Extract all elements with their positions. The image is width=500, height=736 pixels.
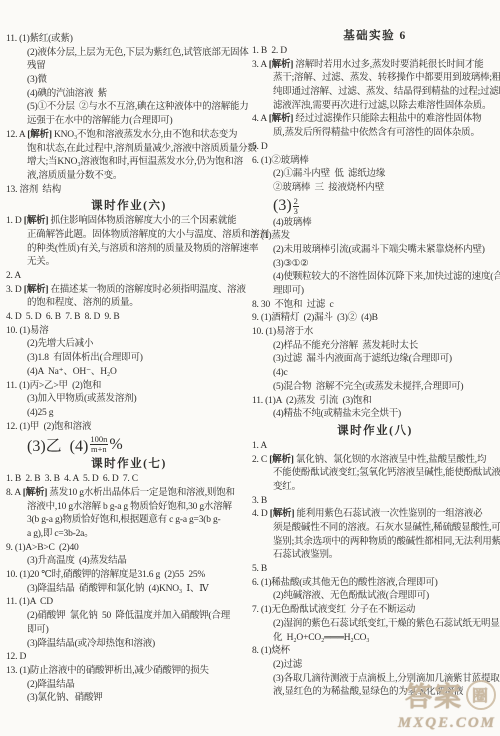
answer-line: (2)湿润的紫色石蕊试纸变红,干燥的紫色石蕊试纸无明显变 (252, 618, 498, 632)
answer-line: (2)①漏斗内壁 低 滤纸边缘 (252, 168, 498, 182)
watermark-site: MXQE.COM (398, 715, 496, 732)
answer-line: (3)加入甲物质(或蒸发溶剂) (6, 393, 252, 407)
left-column: 11. (1)紫红(或紫)(2)液体分层,上层为无色,下层为紫红色,试管底部无固… (6, 0, 252, 706)
answer-line: (3)过滤 漏斗内液面高于滤纸边缘(合理即可) (252, 353, 498, 367)
answer-line: 12. (1)甲 (2)饱和溶液 (6, 421, 252, 435)
answer-line: (2)降温结晶 (6, 679, 252, 693)
answer-line: 理即可) (252, 285, 498, 299)
answer-line: 石蕊试液鉴别。 (252, 549, 498, 563)
section-header: 基础实验 6 (252, 27, 498, 45)
answer-line: 残留 (6, 60, 252, 74)
answer-line: 1. A (252, 440, 498, 454)
answer-line: 饱和状态,在此过程中,溶剂质量减少,溶液中溶质质量分数 (6, 143, 252, 157)
answer-line: 8. 30 不饱和 过滤 c (252, 299, 498, 313)
watermark-brand-text: 答案 (405, 675, 463, 714)
answer-line: 变红。 (252, 481, 498, 495)
answer-line: a g),即 c=3b-2a。 (6, 528, 252, 542)
right-column: 基础实验 61. B 2. D3. A [解析] 溶解时若用水过多,蒸发时要消耗… (252, 0, 498, 700)
answer-line: 不能使酚酞试液变红;氢氧化钙溶液呈碱性,能使酚酞试液 (252, 467, 498, 481)
answer-line: 7. (1)无色酚酞试液变红 分子在不断运动 (252, 604, 498, 618)
answer-line: 纯即通过溶解、过滤、蒸发、结晶得到精盐的过程;过滤时,若 (252, 86, 498, 100)
answer-line: 7. (1)蒸发 (252, 230, 498, 244)
answer-line: 蒸干;溶解、过滤、蒸发、转移操作中都要用到玻璃棒;粗盐提 (252, 72, 498, 86)
answer-line: 13. (1)防止溶液中的硝酸钾析出,减少硝酸钾的损失 (6, 665, 252, 679)
answer-line: 9. (1)A>B>C (2)40 (6, 542, 252, 556)
answer-line: 6. (1)②玻璃棒 (252, 155, 498, 169)
answer-line: 1. D [解析] 抓住影响固体物质溶解度大小的三个因素就能 (6, 215, 252, 229)
answer-line: 9. (1)酒精灯 (2)漏斗 (3)② (4)B (252, 312, 498, 326)
section-header: 课时作业(八) (252, 422, 498, 440)
answer-line: 化 H₂O+CO₂═══H₂CO₃ (252, 632, 498, 646)
answer-line: 8. (1)烧杯 (252, 645, 498, 659)
answer-line: (2)先增大后减小 (6, 338, 252, 352)
watermark: 答案圈 MXQE.COM (398, 675, 496, 732)
answer-line: 6. (1)稀盐酸(或其他无色的酸性溶液,合理即可) (252, 577, 498, 591)
answer-line: 液,溶质质量分数不变。 (6, 170, 252, 184)
answer-line: 10. (1)易溶于水 (252, 326, 498, 340)
answer-line: 的饱和程度、溶剂的质量。 (6, 297, 252, 311)
answer-line: 12. A [解析] KNO₃不饱和溶液蒸发水分,由不饱和状态变为 (6, 129, 252, 143)
answer-line: 1. B 2. B 3. B 4. A 5. D 6. D 7. C (6, 473, 252, 487)
answer-line: 3(b g-a g)物质恰好饱和,根据题意有 c g-a g=3(b g- (6, 514, 252, 528)
watermark-logo-icon: 圈 (466, 680, 496, 710)
answer-line: (3)③①② (252, 258, 498, 272)
answer-line: 11. (1)A CD (6, 596, 252, 610)
answer-line-fraction: (3)23 (252, 196, 498, 217)
section-header: 课时作业(七) (6, 455, 252, 473)
answer-line: 12. D (6, 651, 252, 665)
answer-line: 增大;当KNO₃溶液饱和时,再恒温蒸发水分,仍为饱和溶 (6, 156, 252, 170)
answer-line: ②玻璃棒 三 接液烧杯内壁 (252, 182, 498, 196)
answer-line: 即可) (6, 624, 252, 638)
answer-line: (4)玻璃棒 (252, 217, 498, 231)
answer-line: 3. D [解析] 在描述某一物质的溶解度时必须指明温度、溶液 (6, 284, 252, 298)
answer-line: 1. B 2. D (252, 45, 498, 59)
answer-line: 3. B (252, 495, 498, 509)
answer-line: 11. (1)丙>乙>甲 (2)饱和 (6, 380, 252, 394)
answer-line: 4. D [解析] 能利用紫色石蕊试液一次性鉴别的一组溶液必 (252, 508, 498, 522)
fraction: 100nm+n (89, 435, 108, 454)
fraction: 23 (293, 197, 299, 216)
answer-line: (4)c (252, 367, 498, 381)
answer-line: (5)混合物 溶解不完全(或蒸发未搅拌,合理即可) (252, 381, 498, 395)
answer-line: 滤液浑浊,需要再次进行过滤,以除去难溶性固体杂质。 (252, 100, 498, 114)
answer-line: 5. B (252, 563, 498, 577)
answer-book-page: 11. (1)紫红(或紫)(2)液体分层,上层为无色,下层为紫红色,试管底部无固… (0, 0, 500, 736)
answer-line: (2)液体分层,上层为无色,下层为紫红色,试管底部无固体 (6, 47, 252, 61)
answer-line: (3)降温结晶(或冷却热饱和溶液) (6, 638, 252, 652)
answer-line: (2)未用玻璃棒引流(或漏斗下端尖嘴未紧靠烧杯内壁) (252, 244, 498, 258)
answer-line: 3. A [解析] 溶解时若用水过多,蒸发时要消耗很长时间才能 (252, 59, 498, 73)
answer-line: 质,蒸发后所得精盐中依然含有可溶性的固体杂质。 (252, 127, 498, 141)
answer-line: (3)微 (6, 74, 252, 88)
section-header: 课时作业(六) (6, 197, 252, 215)
answer-line: (4)25 g (6, 407, 252, 421)
answer-line: 10. (1)20 ℃时,硝酸钾的溶解度是31.6 g (2)55 25% (6, 569, 252, 583)
answer-line: 2. A (6, 270, 252, 284)
answer-line: (3)降温结晶 硝酸钾和氯化钠 (4)KNO₃ Ⅰ、Ⅳ (6, 583, 252, 597)
answer-line: 5. D (252, 141, 498, 155)
answer-line: 11. (1)紫红(或紫) (6, 33, 252, 47)
answer-line: 13. 溶剂 结构 (6, 184, 252, 198)
answer-line: (2)纯碱溶液、无色酚酞试液(合理即可) (252, 590, 498, 604)
answer-line: 8. A [解析] 蒸发10 g水析出晶体后一定是饱和溶液,则饱和 (6, 487, 252, 501)
answer-line: 鉴别;其余选项中的两种物质的酸碱性都相同,无法利用紫色 (252, 536, 498, 550)
answer-line: (2)样品不能充分溶解 蒸发耗时太长 (252, 340, 498, 354)
answer-line: (4)碘的汽油溶液 紫 (6, 88, 252, 102)
answer-line: 远强于在水中的溶解能力(合理即可) (6, 115, 252, 129)
answer-line: (2)硝酸钾 氯化钠 50 降低温度并加入硝酸钾(合理 (6, 610, 252, 624)
answer-line: 4. A [解析] 经过过滤操作只能除去粗盐中的难溶性固体物 (252, 113, 498, 127)
answer-line: (3)1.8 有固体析出(合理即可) (6, 352, 252, 366)
answer-line: 无关。 (6, 256, 252, 270)
answer-line: 溶液中,10 g水溶解 b g-a g 物质恰好饱和,30 g水溶解 (6, 501, 252, 515)
answer-line: (5)①不分层 ②与水不互溶,碘在这种液体中的溶解能力 (6, 101, 252, 115)
answer-line: 的种类(性质)有关,与溶质和溶剂的质量及物质的溶解速率 (6, 243, 252, 257)
answer-line: 10. (1)易溶 (6, 325, 252, 339)
answer-line: (2)过滤 (252, 659, 498, 673)
answer-line: (4)使颗粒较大的不溶性固体沉降下来,加快过滤的速度(合 (252, 271, 498, 285)
answer-line: (4)精盐不纯(或精盐未完全烘干) (252, 408, 498, 422)
answer-line: (4)A Na⁺、OH⁻、H₂O (6, 366, 252, 380)
watermark-brand: 答案圈 (398, 675, 496, 714)
answer-line-fraction: (3)乙 (4)100nm+n% (6, 434, 252, 455)
answer-line: (3)氯化钠、硝酸钾 (6, 692, 252, 706)
answer-line: 须是酸碱性不同的溶液。石灰水显碱性,稀硫酸显酸性,可以 (252, 522, 498, 536)
answer-line: 4. D 5. D 6. B 7. B 8. D 9. B (6, 311, 252, 325)
answer-line: (3)升高温度 (4)蒸发结晶 (6, 555, 252, 569)
answer-line: 2. C [解析] 氯化钠、氯化钡的水溶液呈中性,盐酸呈酸性,均 (252, 454, 498, 468)
answer-line: 正确解答此题。固体物质溶解度的大小与温度、溶质和溶剂 (6, 229, 252, 243)
answer-line: 11. (1)A (2)蒸发 引流 (3)饱和 (252, 395, 498, 409)
